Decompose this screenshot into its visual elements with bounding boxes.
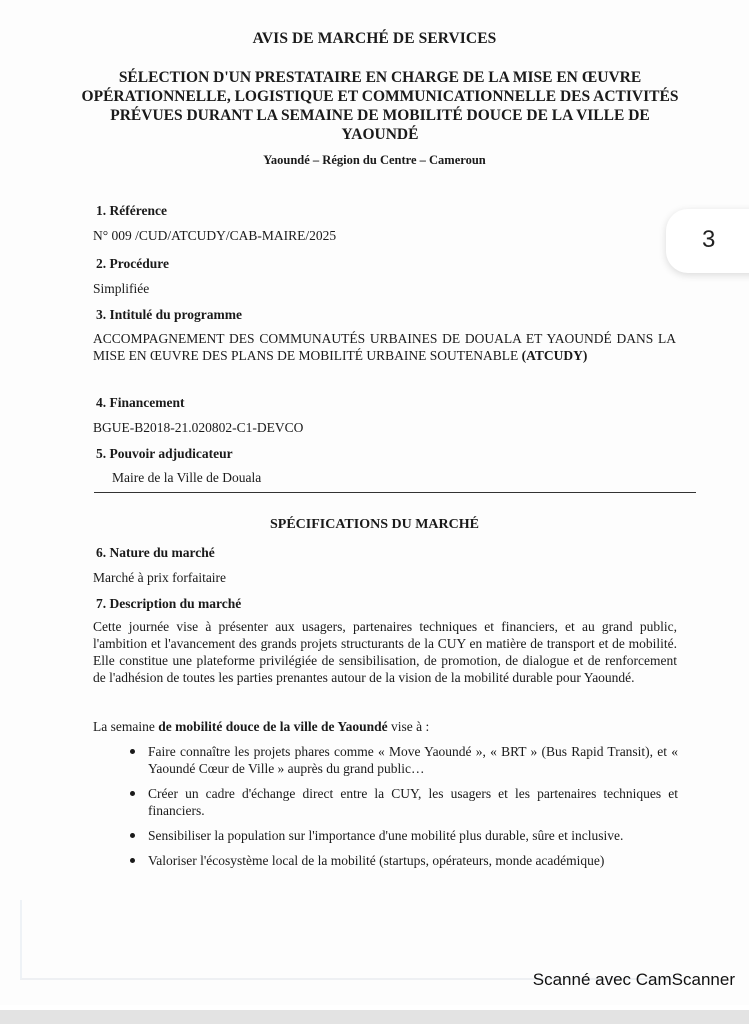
section-heading-programme: 3. Intitulé du programme: [96, 307, 242, 323]
objectives-list: Faire connaître les projets phares comme…: [128, 743, 678, 877]
list-item: Faire connaître les projets phares comme…: [128, 743, 678, 777]
list-item: Valoriser l'écosystème local de la mobil…: [128, 852, 678, 869]
section-value-nature: Marché à prix forfaitaire: [93, 570, 226, 586]
objectives-lead: La semaine de mobilité douce de la ville…: [93, 719, 429, 735]
specifications-title: SPÉCIFICATIONS DU MARCHÉ: [0, 517, 749, 533]
notice-subject: SÉLECTION D'UN PRESTATAIRE EN CHARGE DE …: [80, 68, 680, 144]
camscanner-watermark: Scanné avec CamScanner: [533, 970, 735, 990]
list-item-text: Faire connaître les projets phares comme…: [148, 744, 678, 776]
bullet-icon: [130, 791, 135, 796]
section-value-reference: N° 009 /CUD/ATCUDY/CAB-MAIRE/2025: [93, 228, 336, 244]
section-heading-nature: 6. Nature du marché: [96, 545, 215, 561]
list-item-text: Créer un cadre d'échange direct entre la…: [148, 786, 678, 818]
bullet-icon: [130, 858, 135, 863]
section-value-procedure: Simplifiée: [93, 281, 149, 297]
programme-acronym: (ATCUDY): [522, 348, 588, 363]
section-heading-financement: 4. Financement: [96, 395, 185, 411]
section-value-programme: ACCOMPAGNEMENT DES COMMUNAUTÉS URBAINES …: [93, 330, 676, 364]
viewer-bottom-bar: [0, 1010, 749, 1024]
section-value-financement: BGUE-B2018-21.020802-C1-DEVCO: [93, 420, 303, 436]
section-divider: [94, 492, 696, 493]
lead-pre: La semaine: [93, 719, 158, 734]
section-heading-reference: 1. Référence: [96, 203, 167, 219]
list-item: Sensibiliser la population sur l'importa…: [128, 827, 678, 844]
bullet-icon: [130, 833, 135, 838]
page-number-indicator[interactable]: 3: [666, 209, 749, 273]
list-item-text: Sensibiliser la population sur l'importa…: [148, 828, 623, 843]
scan-edge: [20, 900, 682, 980]
section-heading-procedure: 2. Procédure: [96, 256, 169, 272]
programme-text: ACCOMPAGNEMENT DES COMMUNAUTÉS URBAINES …: [93, 331, 676, 363]
list-item: Créer un cadre d'échange direct entre la…: [128, 785, 678, 819]
notice-location: Yaoundé – Région du Centre – Cameroun: [0, 153, 749, 168]
lead-post: vise à :: [388, 719, 430, 734]
list-item-text: Valoriser l'écosystème local de la mobil…: [148, 853, 604, 868]
description-paragraph: Cette journée vise à présenter aux usage…: [93, 618, 677, 686]
notice-header: AVIS DE MARCHÉ DE SERVICES: [0, 30, 749, 48]
scanned-page: AVIS DE MARCHÉ DE SERVICES SÉLECTION D'U…: [0, 0, 749, 1005]
section-heading-pouvoir: 5. Pouvoir adjudicateur: [96, 446, 233, 462]
lead-bold: de mobilité douce de la ville de Yaoundé: [158, 719, 387, 734]
page-number: 3: [702, 226, 715, 254]
bullet-icon: [130, 749, 135, 754]
section-value-pouvoir: Maire de la Ville de Douala: [112, 470, 261, 486]
section-heading-description: 7. Description du marché: [96, 596, 241, 612]
